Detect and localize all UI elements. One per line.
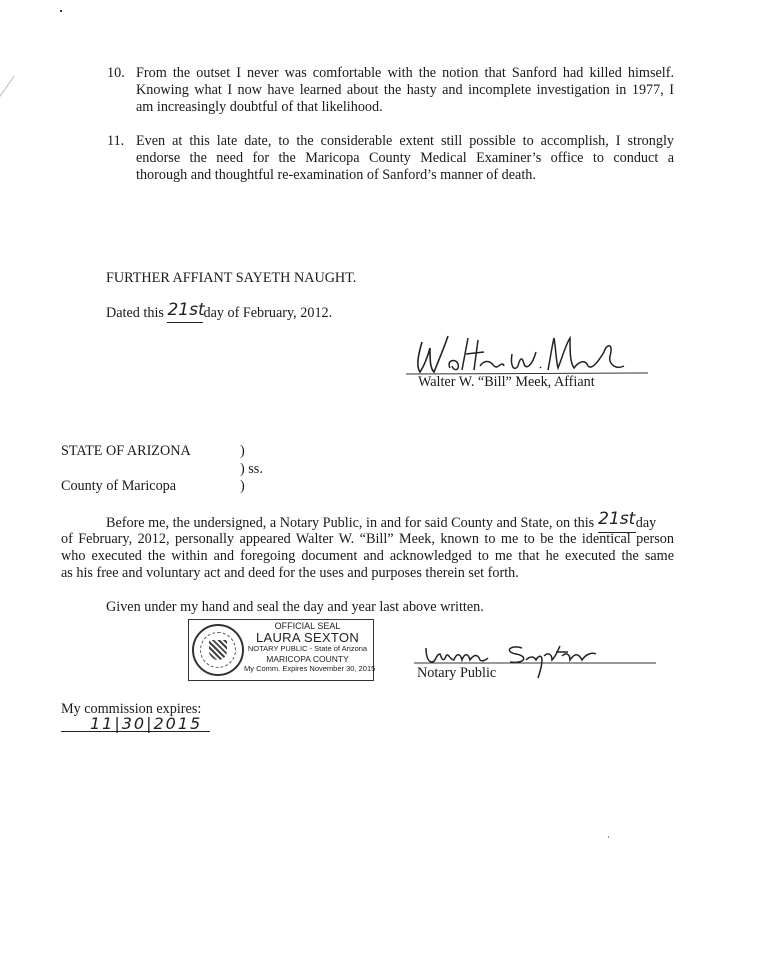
affiant-name-caption: Walter W. “Bill” Meek, Affiant [418, 374, 595, 391]
document-page: { "paragraphs": [ { "number": "10.", "li… [0, 0, 760, 977]
paragraph-number: 11. [107, 133, 124, 150]
notary-line: as his free and voluntary act and deed f… [61, 565, 519, 582]
seal-expiration: My Comm. Expires November 30, 2015 [244, 664, 371, 674]
paragraph-line: endorse the need for the Maricopa County… [136, 150, 674, 167]
commission-date-handwritten: 11|30|2015 [90, 715, 202, 732]
notary-line: who executed the within and foregoing do… [61, 548, 674, 565]
notary-line-prefix: Before me, the undersigned, a Notary Pub… [106, 515, 594, 531]
venue-county: County of Maricopa [61, 478, 176, 495]
seal-county: MARICOPA COUNTY [244, 654, 371, 664]
notary-public-caption: Notary Public [417, 665, 496, 682]
venue-state: STATE OF ARIZONA [61, 443, 191, 460]
paragraph-line: am increasingly doubtful of that likelih… [136, 99, 383, 116]
paragraph-line: From the outset I never was comfortable … [136, 65, 674, 82]
affiant-signature [400, 330, 650, 378]
seal-notary-name: LAURA SEXTON [244, 631, 371, 644]
seal-notary-public-state: NOTARY PUBLIC - State of Arizona [244, 644, 371, 654]
stray-mark [60, 10, 62, 12]
paragraph-line: thorough and thoughtful re-examination o… [136, 167, 536, 184]
notary-line: of February, 2012, personally appeared W… [61, 531, 674, 548]
further-affiant-statement: FURTHER AFFIANT SAYETH NAUGHT. [106, 270, 356, 287]
venue-paren: ) [240, 443, 245, 460]
venue-ss: ) ss. [240, 461, 263, 478]
given-under-statement: Given under my hand and seal the day and… [106, 599, 484, 616]
venue-paren: ) [240, 478, 245, 495]
paragraph-line: Even at this late date, to the considera… [136, 133, 674, 150]
dated-suffix: day of February, 2012. [203, 305, 332, 321]
notary-day-handwritten: 21st [598, 509, 635, 529]
margin-scratch [0, 76, 14, 98]
notary-seal-stamp: OFFICIAL SEAL LAURA SEXTON NOTARY PUBLIC… [188, 619, 374, 681]
notary-line-suffix: day [636, 515, 657, 531]
stray-mark [608, 836, 609, 838]
commission-date-underline [61, 731, 210, 732]
dated-day-handwritten: 21st [167, 300, 204, 320]
paragraph-number: 10. [107, 65, 125, 82]
dated-day-field: 21st [167, 304, 203, 323]
paragraph-line: Knowing what I now have learned about th… [136, 82, 674, 99]
arizona-state-seal-icon [192, 624, 244, 676]
dated-prefix: Dated this [106, 305, 164, 321]
dated-line: Dated this 21st day of February, 2012. [106, 304, 332, 323]
